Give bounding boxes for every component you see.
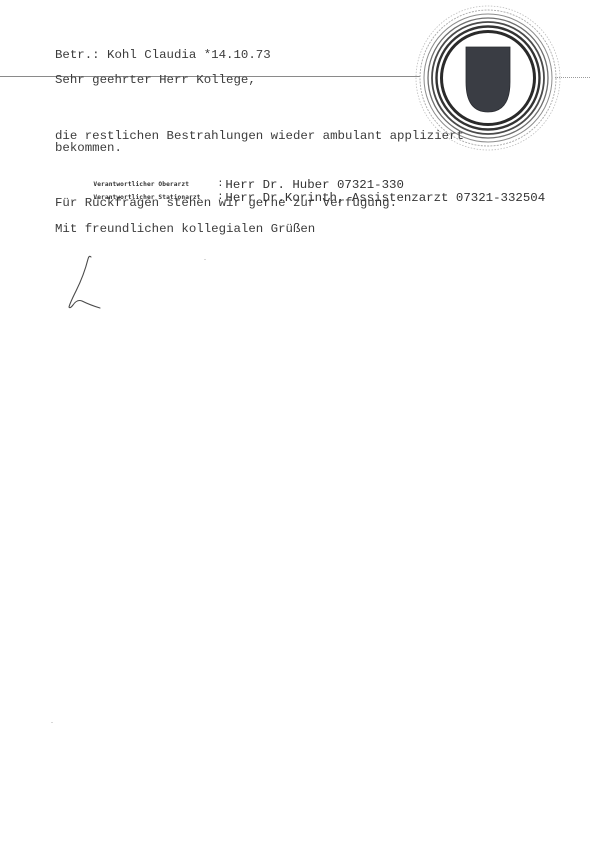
handwritten-signature-icon bbox=[62, 253, 107, 313]
body-line: bekommen. bbox=[55, 141, 122, 155]
closing-line: Für Rückfragen stehen wir gerne zur Verf… bbox=[55, 196, 397, 210]
scan-speck bbox=[204, 259, 206, 260]
letter-page: Betr.: Kohl Claudia *14.10.73 Sehr geehr… bbox=[0, 0, 590, 851]
subject-line: Betr.: Kohl Claudia *14.10.73 bbox=[55, 48, 271, 62]
salutation: Sehr geehrter Herr Kollege, bbox=[55, 73, 256, 87]
scan-speck bbox=[51, 722, 53, 723]
closing-line: Mit freundlichen kollegialen Grüßen bbox=[55, 222, 315, 236]
